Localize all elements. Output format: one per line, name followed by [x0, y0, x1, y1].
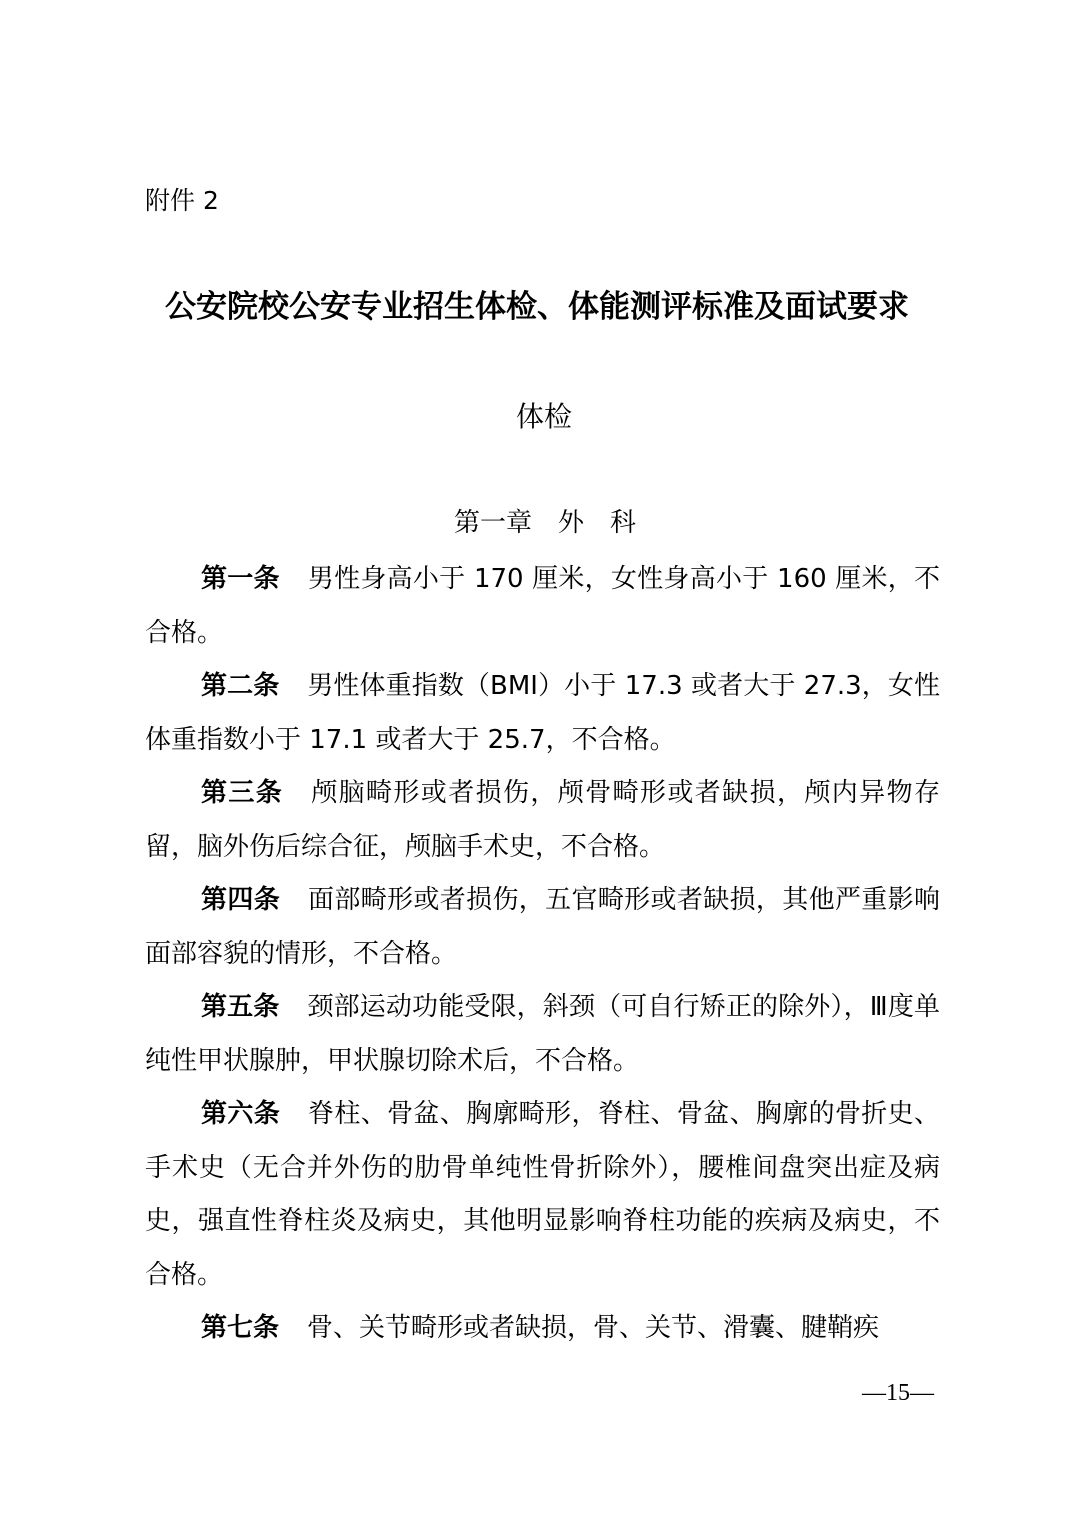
articles-body: 第一条男性身高小于 170 厘米，女性身高小于 160 厘米，不合格。 第二条男… — [145, 553, 940, 1356]
document-title: 公安院校公安专业招生体检、体能测评标准及面试要求 — [0, 285, 1074, 329]
chapter-title: 第一章 外 科 — [0, 503, 1074, 543]
article-label: 第五条 — [201, 992, 279, 1022]
article-label: 第四条 — [201, 885, 280, 915]
attachment-label: 附件 2 — [145, 183, 219, 219]
article-label: 第一条 — [201, 564, 280, 594]
article-label: 第三条 — [201, 778, 283, 808]
article-2: 第二条男性体重指数（BMI）小于 17.3 或者大于 27.3，女性体重指数小于… — [145, 660, 940, 767]
article-4: 第四条面部畸形或者损伤，五官畸形或者缺损，其他严重影响面部容貌的情形，不合格。 — [145, 874, 940, 981]
article-label: 第二条 — [201, 671, 279, 701]
article-label: 第七条 — [201, 1313, 279, 1343]
article-label: 第六条 — [201, 1099, 280, 1129]
document-page: 附件 2 公安院校公安专业招生体检、体能测评标准及面试要求 体检 第一章 外 科… — [0, 0, 1074, 1520]
article-5: 第五条颈部运动功能受限，斜颈（可自行矫正的除外），Ⅲ度单纯性甲状腺肿，甲状腺切除… — [145, 981, 940, 1088]
article-1: 第一条男性身高小于 170 厘米，女性身高小于 160 厘米，不合格。 — [145, 553, 940, 660]
article-7: 第七条骨、关节畸形或者缺损，骨、关节、滑囊、腱鞘疾 — [145, 1302, 940, 1356]
article-3: 第三条颅脑畸形或者损伤，颅骨畸形或者缺损，颅内异物存留，脑外伤后综合征，颅脑手术… — [145, 767, 940, 874]
section-title: 体检 — [0, 395, 1074, 439]
page-number: —15— — [862, 1376, 934, 1410]
article-6: 第六条脊柱、骨盆、胸廓畸形，脊柱、骨盆、胸廓的骨折史、手术史（无合并外伤的肋骨单… — [145, 1088, 940, 1302]
article-text: 骨、关节畸形或者缺损，骨、关节、滑囊、腱鞘疾 — [307, 1313, 879, 1343]
